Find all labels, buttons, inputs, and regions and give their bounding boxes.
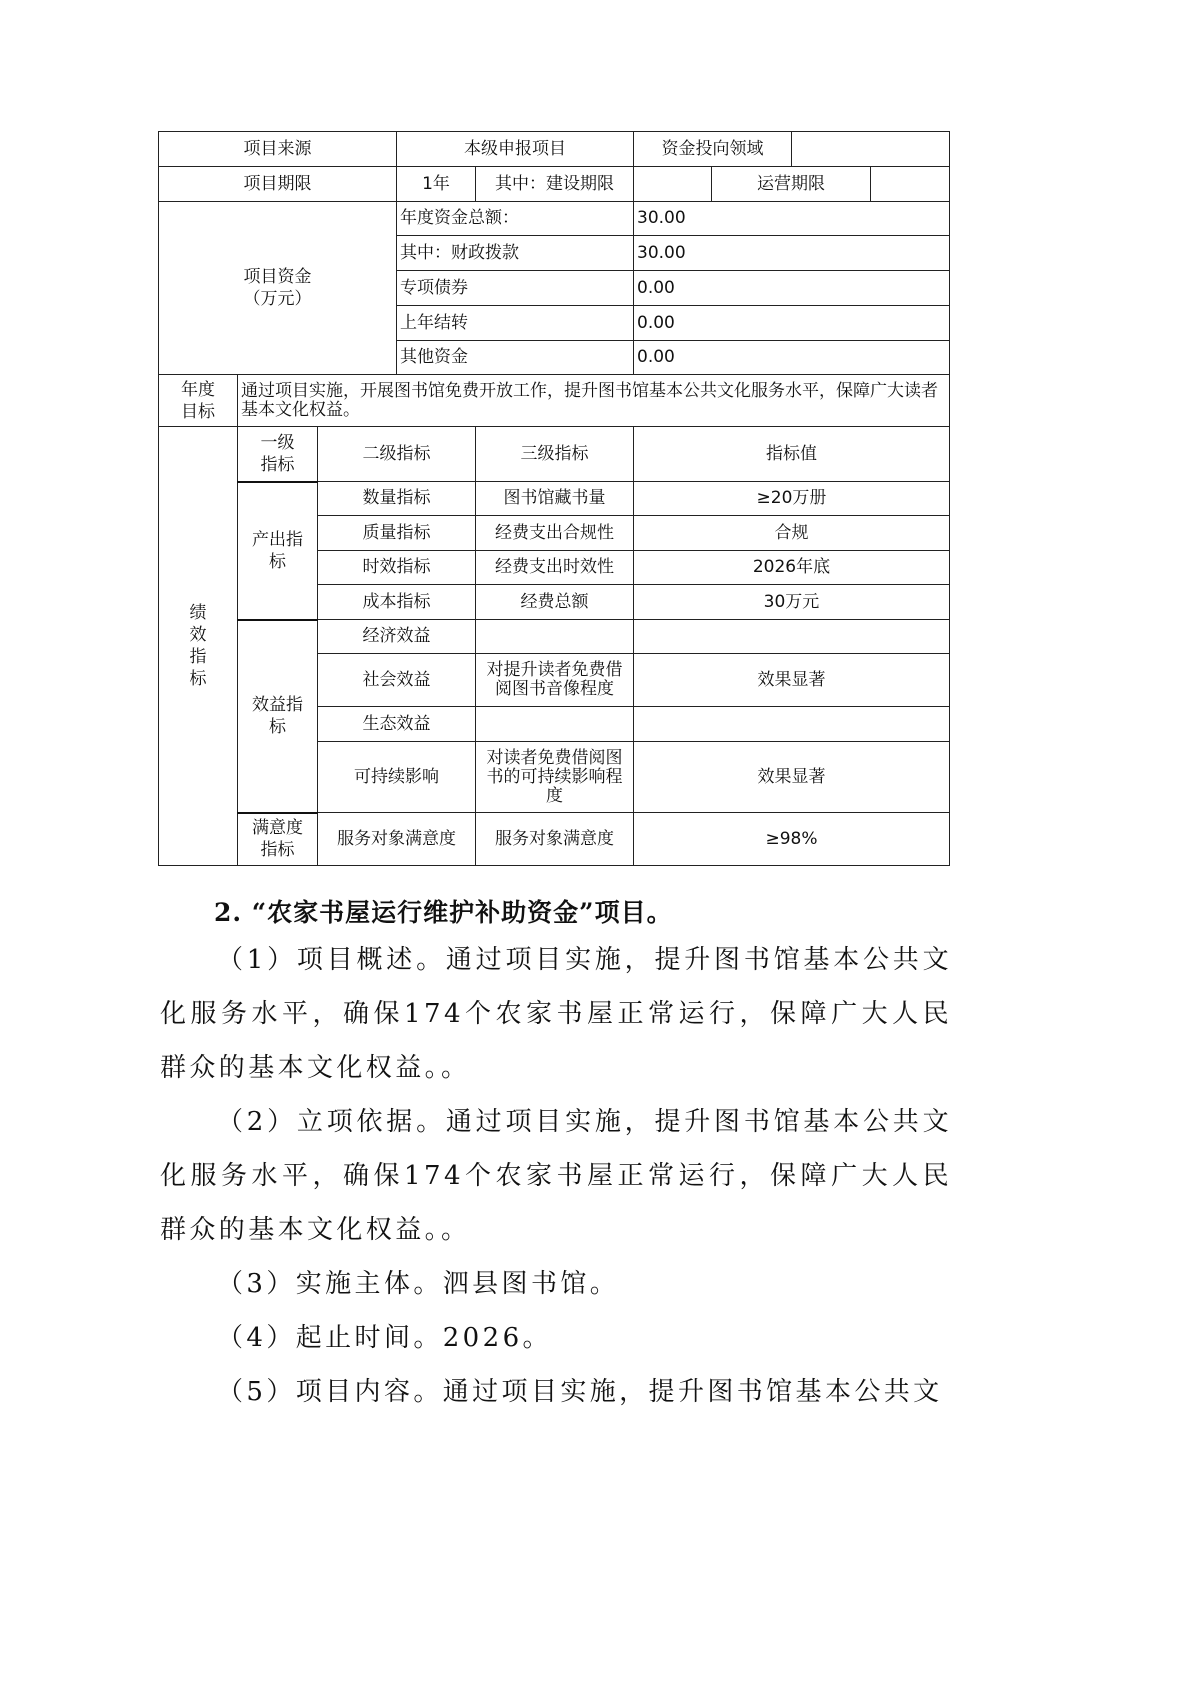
level3-cell: 经费总额 bbox=[476, 585, 634, 620]
value-cell: 合规 bbox=[634, 516, 950, 551]
row-term: 项目期限 1年 其中：建设期限 运营期限 bbox=[159, 167, 950, 202]
satisfaction-label: 满意度指标 bbox=[238, 813, 318, 866]
level2-cell: 数量指标 bbox=[318, 482, 476, 516]
value-cell: ≥20万册 bbox=[634, 482, 950, 516]
funds-item-label: 年度资金总额： bbox=[397, 202, 634, 236]
paragraph-basis: （2）立项依据。通过项目实施，提升图书馆基本公共文化服务水平，确保174个农家书… bbox=[160, 1095, 952, 1257]
level3-cell: 对读者免费借阅图书的可持续影响程度 bbox=[476, 742, 634, 813]
field-label: 资金投向领域 bbox=[634, 132, 792, 167]
level2-cell: 成本指标 bbox=[318, 585, 476, 620]
build-value bbox=[634, 167, 712, 202]
funds-item-label: 专项债券 bbox=[397, 271, 634, 306]
level3-cell: 经费支出时效性 bbox=[476, 551, 634, 585]
value-cell bbox=[634, 620, 950, 654]
benefit-label-text: 效益指标 bbox=[249, 694, 307, 738]
funds-item-value: 0.00 bbox=[634, 306, 950, 341]
satisfaction-label-text: 满意度指标 bbox=[249, 817, 307, 861]
row-perf-header: 绩效指标 一级指标 二级指标 三级指标 指标值 bbox=[159, 427, 950, 482]
funds-item-label: 其中：财政拨款 bbox=[397, 236, 634, 271]
performance-label: 绩效指标 bbox=[159, 427, 238, 866]
row-output-0: 产出指标 数量指标 图书馆藏书量 ≥20万册 bbox=[159, 482, 950, 516]
term-value: 1年 bbox=[397, 167, 476, 202]
level2-cell: 社会效益 bbox=[318, 654, 476, 707]
funds-item-value: 30.00 bbox=[634, 236, 950, 271]
header-level1-text: 一级指标 bbox=[258, 432, 298, 476]
level3-cell: 服务对象满意度 bbox=[476, 813, 634, 866]
funds-item-value: 30.00 bbox=[634, 202, 950, 236]
level3-text: 对读者免费借阅图书的可持续影响程度 bbox=[480, 749, 630, 806]
term-label: 项目期限 bbox=[159, 167, 397, 202]
operate-value bbox=[871, 167, 950, 202]
benefit-label: 效益指标 bbox=[238, 620, 318, 813]
header-level3: 三级指标 bbox=[476, 427, 634, 482]
funds-label: 项目资金 （万元） bbox=[159, 202, 397, 375]
value-cell: 2026年底 bbox=[634, 551, 950, 585]
funds-item-value: 0.00 bbox=[634, 341, 950, 375]
field-value bbox=[792, 132, 950, 167]
row-source: 项目来源 本级申报项目 资金投向领域 bbox=[159, 132, 950, 167]
funds-label-line2: （万元） bbox=[161, 288, 394, 310]
value-cell: 30万元 bbox=[634, 585, 950, 620]
level3-text: 对提升读者免费借阅图书音像程度 bbox=[480, 661, 630, 699]
annual-goal-label: 年度 目标 bbox=[159, 375, 238, 427]
operate-label: 运营期限 bbox=[712, 167, 871, 202]
source-value: 本级申报项目 bbox=[397, 132, 634, 167]
funds-item-label: 其他资金 bbox=[397, 341, 634, 375]
paragraph-overview: （1）项目概述。通过项目实施，提升图书馆基本公共文化服务水平，确保174个农家书… bbox=[160, 933, 952, 1095]
level3-cell: 经费支出合规性 bbox=[476, 516, 634, 551]
paragraph-content: （5）项目内容。通过项目实施，提升图书馆基本公共文 bbox=[160, 1365, 952, 1419]
level2-cell: 服务对象满意度 bbox=[318, 813, 476, 866]
project-table: 项目来源 本级申报项目 资金投向领域 项目期限 1年 其中：建设期限 运营期限 … bbox=[158, 131, 950, 866]
level3-cell: 图书馆藏书量 bbox=[476, 482, 634, 516]
funds-label-line1: 项目资金 bbox=[161, 266, 394, 288]
level3-cell bbox=[476, 620, 634, 654]
value-cell bbox=[634, 707, 950, 742]
paragraph-implementer: （3）实施主体。泗县图书馆。 bbox=[160, 1257, 952, 1311]
row-benefit-0: 效益指标 经济效益 bbox=[159, 620, 950, 654]
performance-label-text: 绩效指标 bbox=[188, 602, 208, 690]
funds-item-value: 0.00 bbox=[634, 271, 950, 306]
header-value: 指标值 bbox=[634, 427, 950, 482]
header-level2: 二级指标 bbox=[318, 427, 476, 482]
build-label: 其中：建设期限 bbox=[476, 167, 634, 202]
level2-cell: 时效指标 bbox=[318, 551, 476, 585]
annual-goal-text: 通过项目实施，开展图书馆免费开放工作，提升图书馆基本公共文化服务水平，保障广大读… bbox=[238, 375, 950, 427]
row-annual-goal: 年度 目标 通过项目实施，开展图书馆免费开放工作，提升图书馆基本公共文化服务水平… bbox=[159, 375, 950, 427]
annual-goal-label-line1: 年度 bbox=[161, 379, 235, 401]
level2-cell: 质量指标 bbox=[318, 516, 476, 551]
paragraph-period: （4）起止时间。2026。 bbox=[160, 1311, 952, 1365]
output-label: 产出指标 bbox=[238, 482, 318, 620]
row-funds-0: 项目资金 （万元） 年度资金总额： 30.00 bbox=[159, 202, 950, 236]
level3-cell bbox=[476, 707, 634, 742]
level2-cell: 经济效益 bbox=[318, 620, 476, 654]
level2-cell: 生态效益 bbox=[318, 707, 476, 742]
header-level1: 一级指标 bbox=[238, 427, 318, 482]
annual-goal-label-line2: 目标 bbox=[161, 401, 235, 423]
value-cell: ≥98% bbox=[634, 813, 950, 866]
output-label-text: 产出指标 bbox=[249, 529, 307, 573]
level2-cell: 可持续影响 bbox=[318, 742, 476, 813]
level3-cell: 对提升读者免费借阅图书音像程度 bbox=[476, 654, 634, 707]
funds-item-label: 上年结转 bbox=[397, 306, 634, 341]
value-cell: 效果显著 bbox=[634, 742, 950, 813]
section-heading: 2. “农家书屋运行维护补助资金”项目。 bbox=[214, 893, 673, 929]
row-satisfaction-0: 满意度指标 服务对象满意度 服务对象满意度 ≥98% bbox=[159, 813, 950, 866]
source-label: 项目来源 bbox=[159, 132, 397, 167]
value-cell: 效果显著 bbox=[634, 654, 950, 707]
